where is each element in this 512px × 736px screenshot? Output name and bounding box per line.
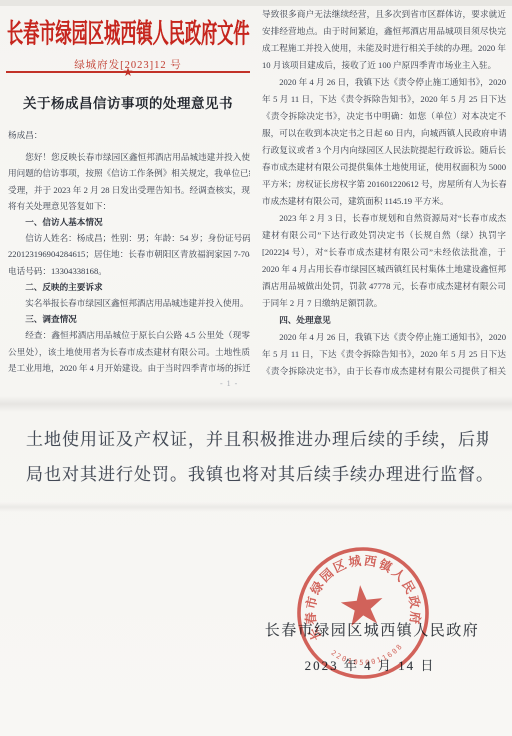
document-line: 年 5 月 11 日，下达《责令拆除告知书》，2020 年 5 月 25 日下达 [262,91,506,108]
closing-fragment: 土地使用证及产权证，并且积极推进办理后续的手续，后期规自局也对其进行处罚。我镇也… [26,422,488,492]
section-heading: 一、信访人基本情况 [8,214,250,230]
scanned-document: 长春市绿园区城西镇人民政府文件 绿城府发[2023]12 号 ★ 关于杨成昌信访… [0,0,512,736]
document-line: 经查：鑫恒邦酒店用品城位于原长白公路 4.5 公里处（现零 [8,327,250,343]
document-line: [2022]4 号），对“长春市成杰建材有限公司”未经依法批准，于 [262,244,506,261]
document-line: 220123196904284615；居住地：长春市朝阳区青放福润家园 7-70… [8,246,250,262]
document-line: 实名举报长春市绿园区鑫恒邦酒店用品城违建并投入使用。 [8,295,250,311]
document-line: 市成杰建材有限公司，建筑面积 1145.19 平方米。 [262,193,506,210]
document-line: 10 月该项目建成后，接收了近 100 户原四季青市场业主入驻。 [262,57,506,74]
document-line: 您好！您反映长春市绿园区鑫恒邦酒店用品城违建并投入使 [8,149,250,165]
page-number: - 1 - [220,379,238,388]
document-line: 公里处），该土地使用者为长春市成杰建材有限公司。土地性质 [8,344,250,360]
scan-artifact-band [0,502,512,512]
star-icon: ★ [0,66,256,78]
section-heading: 三、调查情况 [8,311,250,327]
document-line: 成工程施工并投入使用，未能及时进行相关手续的办理。2020 年 [262,40,506,57]
document-line: 局也对其进行处罚。我镇也将对其后续手续办理进行监督。 [26,457,488,492]
document-line: 服，可以在收到本决定书之日起 60 日内，向城西镇人民政府申请 [262,125,506,142]
document-line: 受理，并于 2023 年 2 月 28 日发出受理告知书。经调查核实，现 [8,182,250,198]
document-line: 行政复议或者 3 个月内向绿园区人民法院提起行政诉讼。随后长 [262,142,506,159]
document-line: 导致很多商户无法继续经营，且多次到省市区群体访，要求就近 [262,6,506,23]
document-line: 《责令拆除决定书》，决定书中明确：如您（单位）对本决定不 [262,108,506,125]
document-line: 电话号码：13304338168。 [8,263,250,279]
seal-code-text: 2201050011608 [329,641,407,670]
document-line: 是工业用地，2020 年 4 月开始建设。由于当时四季青市场的拆迁。 [8,360,250,376]
document-line: 土地使用证及产权证，并且积极推进办理后续的手续，后期规自 [26,422,488,457]
document-line: 杨成昌： [8,127,250,143]
document-title: 关于杨成昌信访事项的处理意见书 [0,92,256,112]
document-line: 建材有限公司”下达行政处罚决定书（长规自然（绿）执罚字 [262,227,506,244]
svg-text:2201050011608: 2201050011608 [329,641,407,670]
document-line: 信访人姓名：杨成昌；性别：男；年龄：54 岁；身份证号码： [8,230,250,246]
letterhead-org-title: 长春市绿园区城西镇人民政府文件 [7,13,252,51]
document-line: 《责令拆除决定书》，由于长春市成杰建材有限公司提供了相关 [262,363,506,380]
document-line: 用问题的信访事项，按照《信访工作条例》相关规定，我单位已经 [8,165,250,181]
document-line: 酒店用品城做出处罚，罚款 47778 元，长春市成杰建材有限公司 [262,278,506,295]
page2-body: 导致很多商户无法继续经营，且多次到省市区群体访，要求就近安排经营地点。由于时间紧… [262,6,506,380]
document-line: 安排经营地点。由于时间紧迫，鑫恒邦酒店用品城项目须尽快完 [262,23,506,40]
document-line: 2020 年 4 月占用长春市绿园区城西镇红民村集体土地建设鑫恒邦 [262,261,506,278]
document-line: 2023 年 2 月 3 日，长春市规划和自然资源局对“长春市成杰 [262,210,506,227]
document-line: 于同年 2 月 7 日缴纳足额罚款。 [262,295,506,312]
document-line: 平方米；房权证长房权字第 201601220612 号，房屋所有人为长春 [262,176,506,193]
document-line: 2020 年 4 月 26 日，我镇下达《责令停止施工通知书》，2020 [262,74,506,91]
star-icon [339,583,385,627]
document-line: 春市成杰建材有限公司提供集体土地使用证，使用权面积为 5000 [262,159,506,176]
official-seal: 长春市绿园区城西镇人民政府 2201050011608 [286,536,440,690]
page1-body: 杨成昌：您好！您反映长春市绿园区鑫恒邦酒店用品城违建并投入使用问题的信访事项，按… [8,127,250,376]
section-heading: 四、处理意见 [262,312,506,329]
section-heading: 二、反映的主要诉求 [8,279,250,295]
document-line: 2020 年 4 月 26 日，我镇下达《责令停止施工通知书》，2020 [262,329,506,346]
document-line: 将有关处理意见答复如下： [8,198,250,214]
scan-artifact-band [0,396,512,412]
document-line: 年 5 月 11 日，下达《责令拆除告知书》，2020 年 5 月 25 日下达 [262,346,506,363]
